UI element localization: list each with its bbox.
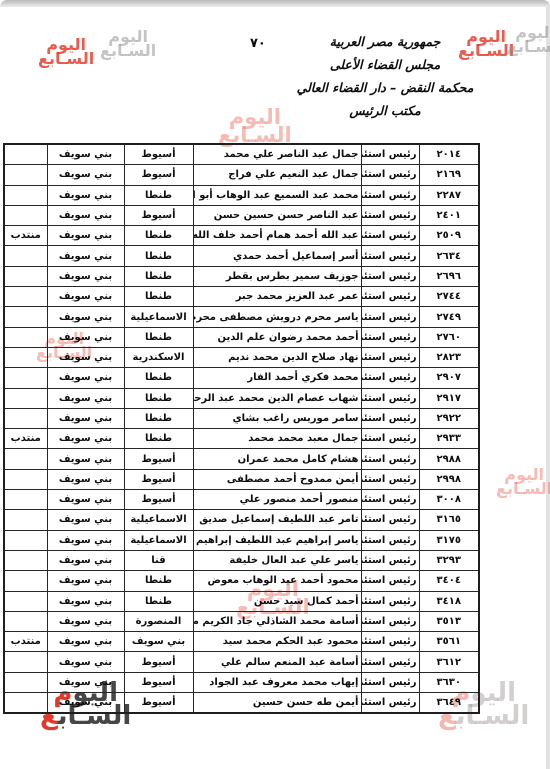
judge-title-cell: رئيس استئناف <box>361 632 419 652</box>
youm7-watermark: اليومالسـابع <box>496 468 550 496</box>
table-row: ٢٩٢٢رئيس استئنافسامر موريس راغب بشايطنطا… <box>4 408 479 428</box>
letterhead-court: محكمة النقض – دار القضاء العالي <box>255 76 515 99</box>
seniority-number-cell: ٢٦٩٦ <box>419 266 479 286</box>
destination-court-cell: بني سويف <box>47 327 124 347</box>
secondment-note-cell: منتدب <box>4 429 47 449</box>
judge-name-cell: أسامة عبد المنعم سالم علي <box>193 652 361 672</box>
judge-title-cell: رئيس استئناف <box>361 550 419 570</box>
judge-title-cell: رئيس استئناف <box>361 672 419 692</box>
secondment-note-cell <box>4 591 47 611</box>
origin-court-cell: طنطا <box>124 226 193 246</box>
youm7-watermark: اليومالسـابع <box>38 38 94 66</box>
origin-court-cell: طنطا <box>124 327 193 347</box>
seniority-number-cell: ٢٤٠١ <box>419 205 479 225</box>
table-row: ٣٥١٣رئيس استئنافأسامة محمد الشاذلي جاد ا… <box>4 611 479 631</box>
letterhead-country: جمهورية مصر العربية <box>255 30 515 53</box>
destination-court-cell: بني سويف <box>47 388 124 408</box>
judge-title-cell: رئيس استئناف <box>361 388 419 408</box>
table-row: ٢٧٤٤رئيس استئنافعمر عبد العزيز محمد جبرط… <box>4 287 479 307</box>
origin-court-cell: أسيوط <box>124 652 193 672</box>
secondment-note-cell <box>4 449 47 469</box>
judge-title-cell: رئيس استئناف <box>361 652 419 672</box>
seniority-number-cell: ٣٢٩٣ <box>419 550 479 570</box>
seniority-number-cell: ٢٥٠٩ <box>419 226 479 246</box>
origin-court-cell: طنطا <box>124 368 193 388</box>
judge-title-cell: رئيس استئناف <box>361 347 419 367</box>
table-row: ٣٥٦١رئيس استئنافمحمود عبد الحكم محمد سيد… <box>4 632 479 652</box>
letterhead-office: مكتب الرئيس <box>255 99 515 122</box>
table-row: ٢٩١٧رئيس استئنافشهاب عصام الدين محمد عبد… <box>4 388 479 408</box>
secondment-note-cell <box>4 693 47 714</box>
judge-title-cell: رئيس استئناف <box>361 307 419 327</box>
destination-court-cell: بني سويف <box>47 693 124 714</box>
judge-name-cell: جوزيف سمير بطرس بقطر <box>193 266 361 286</box>
judge-name-cell: جمال معبد محمد محمد <box>193 429 361 449</box>
secondment-note-cell <box>4 510 47 530</box>
judge-title-cell: رئيس استئناف <box>361 368 419 388</box>
origin-court-cell: أسيوط <box>124 490 193 510</box>
table-row: ٢٢٨٧رئيس استئنافمحمد عبد السميع عبد الوه… <box>4 185 479 205</box>
table-row: ٣٦٣٠رئيس استئنافإيهاب محمد معروف عبد الج… <box>4 672 479 692</box>
origin-court-cell: أسيوط <box>124 672 193 692</box>
origin-court-cell: الاسكندرية <box>124 347 193 367</box>
judge-title-cell: رئيس استئناف <box>361 408 419 428</box>
secondment-note-cell <box>4 144 47 165</box>
origin-court-cell: طنطا <box>124 388 193 408</box>
judge-title-cell: رئيس استئناف <box>361 530 419 550</box>
judges-roster-table: ٢٠١٤رئيس استئنافجمال عبد الناصر علي محمد… <box>3 143 480 714</box>
destination-court-cell: بني سويف <box>47 490 124 510</box>
judge-name-cell: ياسر إبراهيم عبد اللطيف إبراهيم <box>193 530 361 550</box>
destination-court-cell: بني سويف <box>47 632 124 652</box>
table-row: ٢٨٢٣رئيس استئنافنهاد صلاح الدين محمد ندي… <box>4 347 479 367</box>
table-row: ٢٩٨٨رئيس استئنافهشام كامل محمد عمرانأسيو… <box>4 449 479 469</box>
destination-court-cell: بني سويف <box>47 226 124 246</box>
secondment-note-cell <box>4 266 47 286</box>
judge-title-cell: رئيس استئناف <box>361 469 419 489</box>
origin-court-cell: طنطا <box>124 408 193 428</box>
table-row: ٢٩٩٨رئيس استئنافأيمن ممدوح أحمد مصطفىأسي… <box>4 469 479 489</box>
secondment-note-cell <box>4 571 47 591</box>
seniority-number-cell: ٢٩٩٨ <box>419 469 479 489</box>
secondment-note-cell <box>4 388 47 408</box>
judge-title-cell: رئيس استئناف <box>361 144 419 165</box>
seniority-number-cell: ٢١٦٩ <box>419 165 479 185</box>
table-row: ٣٦١٢رئيس استئنافأسامة عبد المنعم سالم عل… <box>4 652 479 672</box>
judge-name-cell: عبد الناصر حسن حسين حسن <box>193 205 361 225</box>
judge-title-cell: رئيس استئناف <box>361 611 419 631</box>
seniority-number-cell: ٢٩٠٧ <box>419 368 479 388</box>
judge-name-cell: هشام كامل محمد عمران <box>193 449 361 469</box>
judge-name-cell: ياسر علي عبد العال خليفة <box>193 550 361 570</box>
secondment-note-cell <box>4 611 47 631</box>
seniority-number-cell: ٣٤١٨ <box>419 591 479 611</box>
table-row: ٢٦٩٦رئيس استئنافجوزيف سمير بطرس بقطرطنطا… <box>4 266 479 286</box>
origin-court-cell: أسيوط <box>124 449 193 469</box>
seniority-number-cell: ٣٦١٢ <box>419 652 479 672</box>
seniority-number-cell: ٣١٦٥ <box>419 510 479 530</box>
letterhead: جمهورية مصر العربية مجلس القضاء الأعلى م… <box>255 30 515 122</box>
origin-court-cell: طنطا <box>124 571 193 591</box>
judge-title-cell: رئيس استئناف <box>361 327 419 347</box>
scan-top-edge <box>0 0 550 7</box>
destination-court-cell: بني سويف <box>47 672 124 692</box>
origin-court-cell: الاسماعيلية <box>124 510 193 530</box>
table-row: ٣٤٠٤رئيس استئنافمحمود أحمد عبد الوهاب مع… <box>4 571 479 591</box>
destination-court-cell: بني سويف <box>47 307 124 327</box>
secondment-note-cell <box>4 652 47 672</box>
secondment-note-cell <box>4 550 47 570</box>
destination-court-cell: بني سويف <box>47 144 124 165</box>
table-row: ٢٤٠١رئيس استئنافعبد الناصر حسن حسين حسنأ… <box>4 205 479 225</box>
judge-name-cell: أحمد محمد رضوان علم الدين <box>193 327 361 347</box>
judge-title-cell: رئيس استئناف <box>361 693 419 714</box>
table-row: ٣٠٠٨رئيس استئنافمنصور أحمد منصور عليأسيو… <box>4 490 479 510</box>
secondment-note-cell <box>4 530 47 550</box>
destination-court-cell: بني سويف <box>47 530 124 550</box>
table-row: ٣٦٤٩رئيس استئنافأيمن طه حسن حسينأسيوطبني… <box>4 693 479 714</box>
table-row: ٢٠١٤رئيس استئنافجمال عبد الناصر علي محمد… <box>4 144 479 165</box>
secondment-note-cell: منتدب <box>4 226 47 246</box>
destination-court-cell: بني سويف <box>47 550 124 570</box>
judge-title-cell: رئيس استئناف <box>361 205 419 225</box>
youm7-watermark: اليومالسـابع <box>100 30 156 58</box>
destination-court-cell: بني سويف <box>47 368 124 388</box>
secondment-note-cell <box>4 469 47 489</box>
table-row: ٢٦٣٤رئيس استئنافأسر إسماعيل أحمد حمديطنط… <box>4 246 479 266</box>
destination-court-cell: بني سويف <box>47 266 124 286</box>
destination-court-cell: بني سويف <box>47 652 124 672</box>
seniority-number-cell: ٢٩١٧ <box>419 388 479 408</box>
origin-court-cell: أسيوط <box>124 165 193 185</box>
table-row: ٣٤١٨رئيس استئنافأحمد كمال سيد حسنطنطابني… <box>4 591 479 611</box>
seniority-number-cell: ٢٩٣٣ <box>419 429 479 449</box>
destination-court-cell: بني سويف <box>47 287 124 307</box>
destination-court-cell: بني سويف <box>47 611 124 631</box>
judge-title-cell: رئيس استئناف <box>361 510 419 530</box>
judge-title-cell: رئيس استئناف <box>361 165 419 185</box>
judge-title-cell: رئيس استئناف <box>361 571 419 591</box>
seniority-number-cell: ٣٤٠٤ <box>419 571 479 591</box>
destination-court-cell: بني سويف <box>47 571 124 591</box>
judge-name-cell: أيمن ممدوح أحمد مصطفى <box>193 469 361 489</box>
destination-court-cell: بني سويف <box>47 185 124 205</box>
origin-court-cell: المنصورة <box>124 611 193 631</box>
seniority-number-cell: ٣١٧٥ <box>419 530 479 550</box>
origin-court-cell: طنطا <box>124 266 193 286</box>
judge-title-cell: رئيس استئناف <box>361 591 419 611</box>
table-row: ٢٩٣٣رئيس استئنافجمال معبد محمد محمدطنطاب… <box>4 429 479 449</box>
judge-name-cell: عمر عبد العزيز محمد جبر <box>193 287 361 307</box>
seniority-number-cell: ٢٧٤٩ <box>419 307 479 327</box>
judge-title-cell: رئيس استئناف <box>361 449 419 469</box>
judge-title-cell: رئيس استئناف <box>361 246 419 266</box>
judge-title-cell: رئيس استئناف <box>361 226 419 246</box>
judge-name-cell: إيهاب محمد معروف عبد الجواد <box>193 672 361 692</box>
secondment-note-cell <box>4 368 47 388</box>
secondment-note-cell <box>4 672 47 692</box>
seniority-number-cell: ٢٢٨٧ <box>419 185 479 205</box>
judge-name-cell: محمود عبد الحكم محمد سيد <box>193 632 361 652</box>
origin-court-cell: الاسماعيلية <box>124 530 193 550</box>
origin-court-cell: طنطا <box>124 246 193 266</box>
judge-name-cell: تامر عبد اللطيف إسماعيل صديق <box>193 510 361 530</box>
destination-court-cell: بني سويف <box>47 449 124 469</box>
secondment-note-cell: منتدب <box>4 632 47 652</box>
table-row: ٣١٦٥رئيس استئنافتامر عبد اللطيف إسماعيل … <box>4 510 479 530</box>
origin-court-cell: طنطا <box>124 287 193 307</box>
seniority-number-cell: ٢٩٨٨ <box>419 449 479 469</box>
secondment-note-cell <box>4 165 47 185</box>
scanned-document-page: { "document": { "page_number": "٧٠", "he… <box>0 0 550 769</box>
judge-name-cell: أسر إسماعيل أحمد حمدي <box>193 246 361 266</box>
table-row: ٢١٦٩رئيس استئنافجمال عبد النعيم علي فراج… <box>4 165 479 185</box>
judge-title-cell: رئيس استئناف <box>361 266 419 286</box>
scan-right-edge <box>546 6 550 769</box>
table-row: ٢٥٠٩رئيس استئنافعبد الله أحمد همام أحمد … <box>4 226 479 246</box>
seniority-number-cell: ٣٦٣٠ <box>419 672 479 692</box>
judge-name-cell: جمال عبد الناصر علي محمد <box>193 144 361 165</box>
judge-name-cell: أحمد كمال سيد حسن <box>193 591 361 611</box>
origin-court-cell: الاسماعيلية <box>124 307 193 327</box>
roster-table-body: ٢٠١٤رئيس استئنافجمال عبد الناصر علي محمد… <box>4 144 479 713</box>
secondment-note-cell <box>4 205 47 225</box>
judge-name-cell: ياسر محرم درويش مصطفى محرم <box>193 307 361 327</box>
seniority-number-cell: ٢٨٢٣ <box>419 347 479 367</box>
seniority-number-cell: ٣٥١٣ <box>419 611 479 631</box>
secondment-note-cell <box>4 287 47 307</box>
secondment-note-cell <box>4 347 47 367</box>
judge-name-cell: محمد فكري أحمد الفار <box>193 368 361 388</box>
seniority-number-cell: ٢٧٤٤ <box>419 287 479 307</box>
judge-name-cell: محمود أحمد عبد الوهاب معوض <box>193 571 361 591</box>
table-row: ٢٧٤٩رئيس استئنافياسر محرم درويش مصطفى مح… <box>4 307 479 327</box>
destination-court-cell: بني سويف <box>47 165 124 185</box>
destination-court-cell: بني سويف <box>47 408 124 428</box>
seniority-number-cell: ٢٩٢٢ <box>419 408 479 428</box>
judge-name-cell: أيمن طه حسن حسين <box>193 693 361 714</box>
origin-court-cell: أسيوط <box>124 693 193 714</box>
judge-title-cell: رئيس استئناف <box>361 429 419 449</box>
secondment-note-cell <box>4 307 47 327</box>
judge-name-cell: عبد الله أحمد همام أحمد خلف الله <box>193 226 361 246</box>
origin-court-cell: قنا <box>124 550 193 570</box>
judge-name-cell: محمد عبد السميع عبد الوهاب أبو الخير <box>193 185 361 205</box>
destination-court-cell: بني سويف <box>47 510 124 530</box>
destination-court-cell: بني سويف <box>47 246 124 266</box>
origin-court-cell: طنطا <box>124 591 193 611</box>
seniority-number-cell: ٣٦٤٩ <box>419 693 479 714</box>
secondment-note-cell <box>4 246 47 266</box>
judge-title-cell: رئيس استئناف <box>361 490 419 510</box>
destination-court-cell: بني سويف <box>47 591 124 611</box>
table-row: ٣١٧٥رئيس استئنافياسر إبراهيم عبد اللطيف … <box>4 530 479 550</box>
origin-court-cell: أسيوط <box>124 469 193 489</box>
destination-court-cell: بني سويف <box>47 469 124 489</box>
secondment-note-cell <box>4 490 47 510</box>
origin-court-cell: طنطا <box>124 429 193 449</box>
destination-court-cell: بني سويف <box>47 429 124 449</box>
judge-name-cell: شهاب عصام الدين محمد عبد الرحمن كريم <box>193 388 361 408</box>
letterhead-council: مجلس القضاء الأعلى <box>255 53 515 76</box>
judge-name-cell: جمال عبد النعيم علي فراج <box>193 165 361 185</box>
seniority-number-cell: ٣٥٦١ <box>419 632 479 652</box>
judge-name-cell: نهاد صلاح الدين محمد نديم <box>193 347 361 367</box>
seniority-number-cell: ٢٧٦٠ <box>419 327 479 347</box>
judge-title-cell: رئيس استئناف <box>361 185 419 205</box>
origin-court-cell: بني سويف <box>124 632 193 652</box>
seniority-number-cell: ٣٠٠٨ <box>419 490 479 510</box>
table-row: ٢٩٠٧رئيس استئنافمحمد فكري أحمد الفارطنطا… <box>4 368 479 388</box>
seniority-number-cell: ٢٠١٤ <box>419 144 479 165</box>
secondment-note-cell <box>4 185 47 205</box>
destination-court-cell: بني سويف <box>47 205 124 225</box>
seniority-number-cell: ٢٦٣٤ <box>419 246 479 266</box>
judge-name-cell: منصور أحمد منصور علي <box>193 490 361 510</box>
judge-name-cell: سامر موريس راغب بشاي <box>193 408 361 428</box>
judge-name-cell: أسامة محمد الشاذلي جاد الكريم محمدين <box>193 611 361 631</box>
secondment-note-cell <box>4 327 47 347</box>
judge-title-cell: رئيس استئناف <box>361 287 419 307</box>
origin-court-cell: أسيوط <box>124 144 193 165</box>
origin-court-cell: أسيوط <box>124 205 193 225</box>
secondment-note-cell <box>4 408 47 428</box>
origin-court-cell: طنطا <box>124 185 193 205</box>
page-number: ٧٠ <box>250 36 266 51</box>
table-row: ٣٢٩٣رئيس استئنافياسر علي عبد العال خليفة… <box>4 550 479 570</box>
destination-court-cell: بني سويف <box>47 347 124 367</box>
table-row: ٢٧٦٠رئيس استئنافأحمد محمد رضوان علم الدي… <box>4 327 479 347</box>
